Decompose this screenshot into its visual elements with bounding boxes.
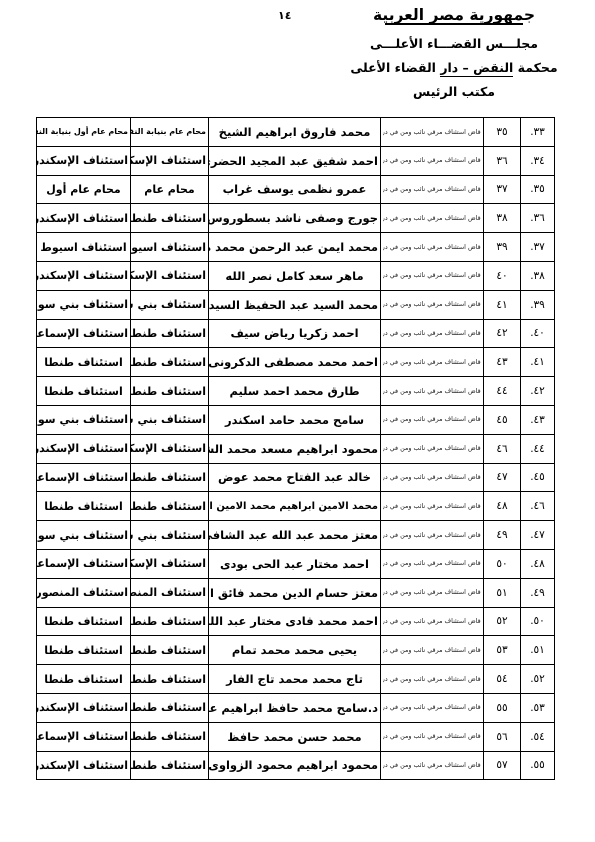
serial-number-cell: ٣٧.	[521, 233, 555, 262]
rank-note-cell: قاض استئناف مرقي نائب ومن في درجتهم	[382, 233, 483, 261]
post-left-cell: محام عام أول	[37, 175, 131, 204]
sequence-number-cell: ٤٨	[484, 492, 521, 521]
serial-number-cell: ٥٠.	[521, 607, 555, 636]
table-row: ٤٧.٤٩قاض استئناف مرقي نائب ومن في درجتهم…	[37, 521, 555, 550]
post-left-cell: استئناف الإسكندرية	[37, 261, 131, 290]
table-row: ٥٢.٥٤قاض استئناف مرقي نائب ومن في درجتهم…	[37, 665, 555, 694]
rank-note-cell: قاض استئناف مرقي نائب ومن في درجتهم	[382, 665, 483, 693]
post-right-cell: استئناف بني سويف	[131, 405, 209, 434]
post-left-cell: استئناف الإسماعيلية	[37, 463, 131, 492]
post-left-cell: محام عام أول بنيابة النقض	[37, 118, 131, 147]
table-row: ٥٤.٥٦قاض استئناف مرقي نائب ومن في درجتهم…	[37, 722, 555, 751]
post-left-cell: استئناف طنطا	[37, 492, 131, 521]
judge-name-cell: محمد حسن محمد حافظ	[209, 722, 381, 751]
sequence-number-cell: ٤٧	[484, 463, 521, 492]
rank-note-cell: قاض استئناف مرقي نائب ومن في درجتهم	[382, 406, 483, 434]
post-left-cell: استئناف طنطا	[37, 665, 131, 694]
serial-number-cell: ٤٤.	[521, 434, 555, 463]
post-left-cell: استئناف الإسكندرية	[37, 751, 131, 780]
emblem-underline	[385, 23, 523, 25]
table-row: ٤٣.٤٥قاض استئناف مرقي نائب ومن في درجتهم…	[37, 405, 555, 434]
sequence-number-cell: ٥٦	[484, 722, 521, 751]
sequence-number-cell: ٣٩	[484, 233, 521, 262]
post-left-cell: استئناف بني سويف	[37, 521, 131, 550]
judge-name-cell: محمد ايمن عبد الرحمن محمد محمد	[209, 233, 381, 262]
post-right-cell: استئناف طنطا	[131, 607, 209, 636]
serial-number-cell: ٣٩.	[521, 290, 555, 319]
table-row: ٤٨.٥٠قاض استئناف مرقي نائب ومن في درجتهم…	[37, 549, 555, 578]
post-right-cell: استئناف بني سويف	[131, 521, 209, 550]
rank-note-cell: قاض استئناف مرقي نائب ومن في درجتهم	[382, 118, 483, 146]
rank-note-cell: قاض استئناف مرقي نائب ومن في درجتهم	[382, 291, 483, 319]
rank-note-cell: قاض استئناف مرقي نائب ومن في درجتهم	[382, 751, 483, 779]
president-office-line: مكتب الرئيس	[335, 84, 573, 99]
sequence-number-cell: ٥٥	[484, 693, 521, 722]
judge-name-cell: محمد الامين ابراهيم محمد الامين ابراهيم	[209, 492, 381, 521]
serial-number-cell: ٥٥.	[521, 751, 555, 780]
letterhead: جمهورية مصر العربية مجلـــس القضـــاء ال…	[335, 5, 573, 99]
rank-note-cell: قاض استئناف مرقي نائب ومن في درجتهم	[382, 521, 483, 549]
post-left-cell: استئناف الإسماعيلية	[37, 549, 131, 578]
rank-note-cell: قاض استئناف مرقي نائب ومن في درجتهم	[382, 579, 483, 607]
judge-name-cell: طارق محمد احمد سليم	[209, 377, 381, 406]
post-left-cell: استئناف بني سويف	[37, 290, 131, 319]
serial-number-cell: ٤٢.	[521, 377, 555, 406]
post-left-cell: استئناف الإسكندرية	[37, 146, 131, 175]
court-line-prefix: محكمة	[518, 60, 558, 75]
serial-number-cell: ٥٢.	[521, 665, 555, 694]
table-row: ٣٤.٣٦قاض استئناف مرقي نائب ومن في درجتهم…	[37, 146, 555, 175]
judge-name-cell: محمود ابراهيم مسعد محمد الشرقاوى	[209, 434, 381, 463]
supreme-judicial-council-line: مجلـــس القضـــاء الأعلـــى	[335, 36, 573, 51]
serial-number-cell: ٤١.	[521, 348, 555, 377]
rank-note-cell: قاض استئناف مرقي نائب ومن في درجتهم	[382, 492, 483, 520]
sequence-number-cell: ٤٥	[484, 405, 521, 434]
judge-name-cell: ماهر سعد كامل نصر الله	[209, 261, 381, 290]
judges-roster-table: ٣٣.٣٥قاض استئناف مرقي نائب ومن في درجتهم…	[36, 117, 555, 780]
table-row: ٣٩.٤١قاض استئناف مرقي نائب ومن في درجتهم…	[37, 290, 555, 319]
serial-number-cell: ٤٩.	[521, 578, 555, 607]
table-row: ٥٣.٥٥قاض استئناف مرقي نائب ومن في درجتهم…	[37, 693, 555, 722]
sequence-number-cell: ٤٣	[484, 348, 521, 377]
rank-note-cell: قاض استئناف مرقي نائب ومن في درجتهم	[382, 147, 483, 175]
judge-name-cell: محمد السيد عبد الحفيظ السيد عبده	[209, 290, 381, 319]
rank-note-cell: قاض استئناف مرقي نائب ومن في درجتهم	[382, 262, 483, 290]
judge-name-cell: جورج وصفى ناشد بسطوروس	[209, 204, 381, 233]
post-right-cell: استئناف طنطا	[131, 693, 209, 722]
serial-number-cell: ٥٣.	[521, 693, 555, 722]
post-right-cell: استئناف الإسكندرية	[131, 549, 209, 578]
post-left-cell: استئناف طنطا	[37, 636, 131, 665]
post-left-cell: استئناف الإسماعيلية	[37, 722, 131, 751]
table-row: ٣٧.٣٩قاض استئناف مرقي نائب ومن في درجتهم…	[37, 233, 555, 262]
sequence-number-cell: ٣٧	[484, 175, 521, 204]
sequence-number-cell: ٥٤	[484, 665, 521, 694]
court-line-suffix: القضاء الأعلى	[350, 60, 436, 75]
rank-note-cell: قاض استئناف مرقي نائب ومن في درجتهم	[382, 694, 483, 722]
sequence-number-cell: ٤٢	[484, 319, 521, 348]
table-row: ٥٠.٥٢قاض استئناف مرقي نائب ومن في درجتهم…	[37, 607, 555, 636]
serial-number-cell: ٣٨.	[521, 261, 555, 290]
serial-number-cell: ٣٤.	[521, 146, 555, 175]
post-left-cell: استئناف المنصورة	[37, 578, 131, 607]
table-row: ٤٠.٤٢قاض استئناف مرقي نائب ومن في درجتهم…	[37, 319, 555, 348]
post-right-cell: استئناف بني سويف	[131, 290, 209, 319]
serial-number-cell: ٣٣.	[521, 118, 555, 147]
table-row: ٤١.٤٣قاض استئناف مرقي نائب ومن في درجتهم…	[37, 348, 555, 377]
serial-number-cell: ٣٦.	[521, 204, 555, 233]
court-of-cassation-line: محكمة النقض – دار القضاء الأعلى	[335, 60, 573, 75]
post-left-cell: استئناف طنطا	[37, 377, 131, 406]
serial-number-cell: ٤٨.	[521, 549, 555, 578]
table-row: ٣٦.٣٨قاض استئناف مرقي نائب ومن في درجتهم…	[37, 204, 555, 233]
sequence-number-cell: ٤٦	[484, 434, 521, 463]
post-right-cell: استئناف الإسكندرية	[131, 261, 209, 290]
judge-name-cell: د.سامح محمد حافظ ابراهيم عبده	[209, 693, 381, 722]
serial-number-cell: ٥٤.	[521, 722, 555, 751]
post-right-cell: استئناف اسيوط	[131, 233, 209, 262]
serial-number-cell: ٤٥.	[521, 463, 555, 492]
table-row: ٥١.٥٣قاض استئناف مرقي نائب ومن في درجتهم…	[37, 636, 555, 665]
table-row: ٣٨.٤٠قاض استئناف مرقي نائب ومن في درجتهم…	[37, 261, 555, 290]
rank-note-cell: قاض استئناف مرقي نائب ومن في درجتهم	[382, 463, 483, 491]
judge-name-cell: احمد شفيق عبد المجيد الحضرى	[209, 146, 381, 175]
sequence-number-cell: ٤٠	[484, 261, 521, 290]
roster-table-body: ٣٣.٣٥قاض استئناف مرقي نائب ومن في درجتهم…	[37, 118, 555, 780]
table-row: ٤٥.٤٧قاض استئناف مرقي نائب ومن في درجتهم…	[37, 463, 555, 492]
sequence-number-cell: ٤١	[484, 290, 521, 319]
post-right-cell: استئناف طنطا	[131, 377, 209, 406]
rank-note-cell: قاض استئناف مرقي نائب ومن في درجتهم	[382, 723, 483, 751]
post-left-cell: استئناف طنطا	[37, 348, 131, 377]
post-right-cell: استئناف طنطا	[131, 348, 209, 377]
post-right-cell: استئناف المنصورة	[131, 578, 209, 607]
sequence-number-cell: ٥٠	[484, 549, 521, 578]
judge-name-cell: احمد محمد مصطفى الدكرونى	[209, 348, 381, 377]
table-row: ٤٤.٤٦قاض استئناف مرقي نائب ومن في درجتهم…	[37, 434, 555, 463]
sequence-number-cell: ٥٣	[484, 636, 521, 665]
rank-note-cell: قاض استئناف مرقي نائب ومن في درجتهم	[382, 204, 483, 232]
judge-name-cell: احمد محمد فادى مختار عبد الله	[209, 607, 381, 636]
post-left-cell: استئناف الإسماعيلية	[37, 319, 131, 348]
table-row: ٣٥.٣٧قاض استئناف مرقي نائب ومن في درجتهم…	[37, 175, 555, 204]
post-right-cell: استئناف طنطا	[131, 204, 209, 233]
republic-emblem-title: جمهورية مصر العربية	[335, 5, 573, 27]
document-page: ١٤ جمهورية مصر العربية مجلـــس القضـــاء…	[0, 0, 595, 842]
judge-name-cell: خالد عبد الفتاح محمد عوض	[209, 463, 381, 492]
rank-note-cell: قاض استئناف مرقي نائب ومن في درجتهم	[382, 377, 483, 405]
serial-number-cell: ٤٣.	[521, 405, 555, 434]
rank-note-cell: قاض استئناف مرقي نائب ومن في درجتهم	[382, 550, 483, 578]
rank-note-cell: قاض استئناف مرقي نائب ومن في درجتهم	[382, 607, 483, 635]
table-row: ٣٣.٣٥قاض استئناف مرقي نائب ومن في درجتهم…	[37, 118, 555, 147]
rank-note-cell: قاض استئناف مرقي نائب ومن في درجتهم	[382, 348, 483, 376]
sequence-number-cell: ٥٢	[484, 607, 521, 636]
sequence-number-cell: ٣٥	[484, 118, 521, 147]
judge-name-cell: احمد مختار عبد الحى بودى	[209, 549, 381, 578]
post-left-cell: استئناف الإسكندرية	[37, 693, 131, 722]
sequence-number-cell: ٥١	[484, 578, 521, 607]
post-left-cell: استئناف طنطا	[37, 607, 131, 636]
serial-number-cell: ٥١.	[521, 636, 555, 665]
judge-name-cell: احمد زكريا رياض سيف	[209, 319, 381, 348]
sequence-number-cell: ٤٤	[484, 377, 521, 406]
sequence-number-cell: ٣٨	[484, 204, 521, 233]
post-right-cell: استئناف الإسكندرية	[131, 146, 209, 175]
serial-number-cell: ٣٥.	[521, 175, 555, 204]
post-right-cell: استئناف طنطا	[131, 492, 209, 521]
post-right-cell: استئناف طنطا	[131, 463, 209, 492]
table-row: ٤٩.٥١قاض استئناف مرقي نائب ومن في درجتهم…	[37, 578, 555, 607]
post-right-cell: استئناف طنطا	[131, 319, 209, 348]
judge-name-cell: تاج محمد محمد تاج الفار	[209, 665, 381, 694]
rank-note-cell: قاض استئناف مرقي نائب ومن في درجتهم	[382, 435, 483, 463]
sequence-number-cell: ٥٧	[484, 751, 521, 780]
rank-note-cell: قاض استئناف مرقي نائب ومن في درجتهم	[382, 175, 483, 203]
page-number: ١٤	[278, 9, 291, 22]
judge-name-cell: معتز محمد عبد الله عبد الشافى	[209, 521, 381, 550]
court-line-underlined: النقض – دار	[440, 60, 513, 77]
post-left-cell: استئناف الإسكندرية	[37, 204, 131, 233]
rank-note-cell: قاض استئناف مرقي نائب ومن في درجتهم	[382, 319, 483, 347]
judge-name-cell: سامح محمد حامد اسكندر	[209, 405, 381, 434]
table-row: ٥٥.٥٧قاض استئناف مرقي نائب ومن في درجتهم…	[37, 751, 555, 780]
post-left-cell: استئناف اسيوط	[37, 233, 131, 262]
post-right-cell: استئناف طنطا	[131, 636, 209, 665]
serial-number-cell: ٤٧.	[521, 521, 555, 550]
post-right-cell: محام عام	[131, 175, 209, 204]
serial-number-cell: ٤٠.	[521, 319, 555, 348]
post-right-cell: استئناف الإسكندرية	[131, 434, 209, 463]
post-right-cell: محام عام بنيابة النقض	[131, 118, 209, 147]
post-right-cell: استئناف طنطا	[131, 722, 209, 751]
sequence-number-cell: ٣٦	[484, 146, 521, 175]
post-left-cell: استئناف الإسكندرية	[37, 434, 131, 463]
judge-name-cell: معتز حسام الدين محمد فائق الحفناوى	[209, 578, 381, 607]
judge-name-cell: يحيى محمد محمد تمام	[209, 636, 381, 665]
table-row: ٤٦.٤٨قاض استئناف مرقي نائب ومن في درجتهم…	[37, 492, 555, 521]
post-right-cell: استئناف طنطا	[131, 751, 209, 780]
sequence-number-cell: ٤٩	[484, 521, 521, 550]
rank-note-cell: قاض استئناف مرقي نائب ومن في درجتهم	[382, 636, 483, 664]
judge-name-cell: محمد فاروق ابراهيم الشيخ	[209, 118, 381, 147]
table-row: ٤٢.٤٤قاض استئناف مرقي نائب ومن في درجتهم…	[37, 377, 555, 406]
post-left-cell: استئناف بني سويف	[37, 405, 131, 434]
judge-name-cell: عمرو نظمى يوسف غراب	[209, 175, 381, 204]
judge-name-cell: محمود ابراهيم محمود الزواوى	[209, 751, 381, 780]
post-right-cell: استئناف طنطا	[131, 665, 209, 694]
serial-number-cell: ٤٦.	[521, 492, 555, 521]
